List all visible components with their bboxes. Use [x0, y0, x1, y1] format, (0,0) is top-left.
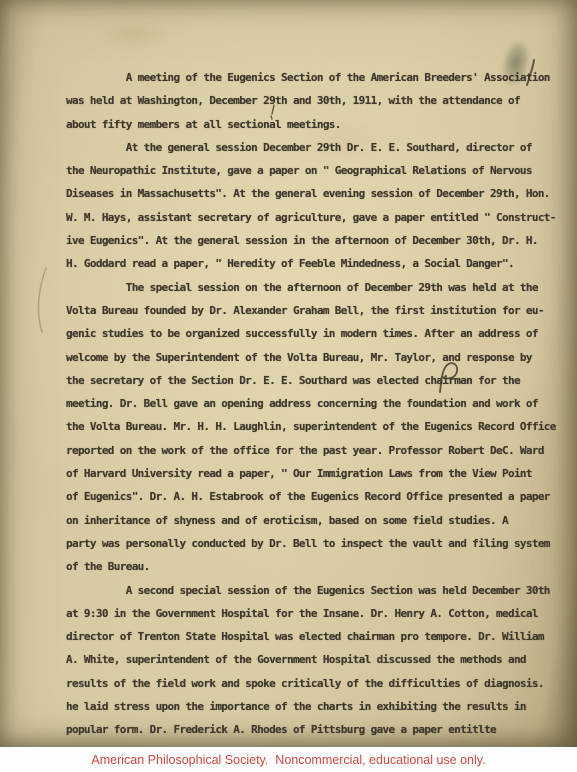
document-line: about fifty members at all sectional mee… [66, 113, 566, 136]
typed-text-block: A meeting of the Eugenics Section of the… [66, 66, 566, 742]
document-line: director of Trenton State Hospital was e… [66, 625, 566, 648]
document-line: Diseases in Massachusetts". At the gener… [66, 182, 566, 205]
document-line: ive Eugenics". At the general session in… [66, 229, 566, 252]
document-line: on inheritance of shyness and of erotici… [66, 509, 566, 532]
document-line: H. Goddard read a paper, " Heredity of F… [66, 252, 566, 275]
faint-stain [100, 22, 170, 48]
document-line: popular form. Dr. Frederick A. Rhodes of… [66, 718, 566, 741]
document-line: The special session on the afternoon of … [66, 276, 566, 299]
document-line: was held at Washington, December 29th an… [66, 89, 566, 112]
document-line: genic studies to be organized successful… [66, 322, 566, 345]
document-line: he laid stress upon the importance of th… [66, 695, 566, 718]
document-line: party was personally conducted by Dr. Be… [66, 532, 566, 555]
document-line: Volta Bureau founded by Dr. Alexander Gr… [66, 299, 566, 322]
document-line: A. White, superintendent of the Governme… [66, 648, 566, 671]
paper-sheet: A meeting of the Eugenics Section of the… [0, 0, 577, 747]
document-line: welcome by the Superintendent of the Vol… [66, 346, 566, 369]
document-line: the Volta Bureau. Mr. H. H. Laughlin, su… [66, 415, 566, 438]
document-line: of the Bureau. [66, 555, 566, 578]
crease-mark [39, 268, 46, 332]
scanned-document-page: A meeting of the Eugenics Section of the… [0, 0, 577, 772]
document-line: the secretary of the Section Dr. E. E. S… [66, 369, 566, 392]
document-line: meeting. Dr. Bell gave an opening addres… [66, 392, 566, 415]
document-line: of Eugenics". Dr. A. H. Estabrook of the… [66, 485, 566, 508]
document-line: at 9:30 in the Government Hospital for t… [66, 602, 566, 625]
footer-credit-band: American Philosophical Society. Noncomme… [0, 747, 577, 772]
footer-credit-text: American Philosophical Society. Noncomme… [91, 753, 485, 767]
document-line: A second special session of the Eugenics… [66, 579, 566, 602]
document-line: reported on the work of the office for t… [66, 439, 566, 462]
document-line: the Neuropathic Institute, gave a paper … [66, 159, 566, 182]
document-line: results of the field work and spoke crit… [66, 672, 566, 695]
document-line: W. M. Hays, assistant secretary of agric… [66, 206, 566, 229]
document-line: A meeting of the Eugenics Section of the… [66, 66, 566, 89]
document-line: of Harvard University read a paper, " Ou… [66, 462, 566, 485]
document-line: At the general session December 29th Dr.… [66, 136, 566, 159]
